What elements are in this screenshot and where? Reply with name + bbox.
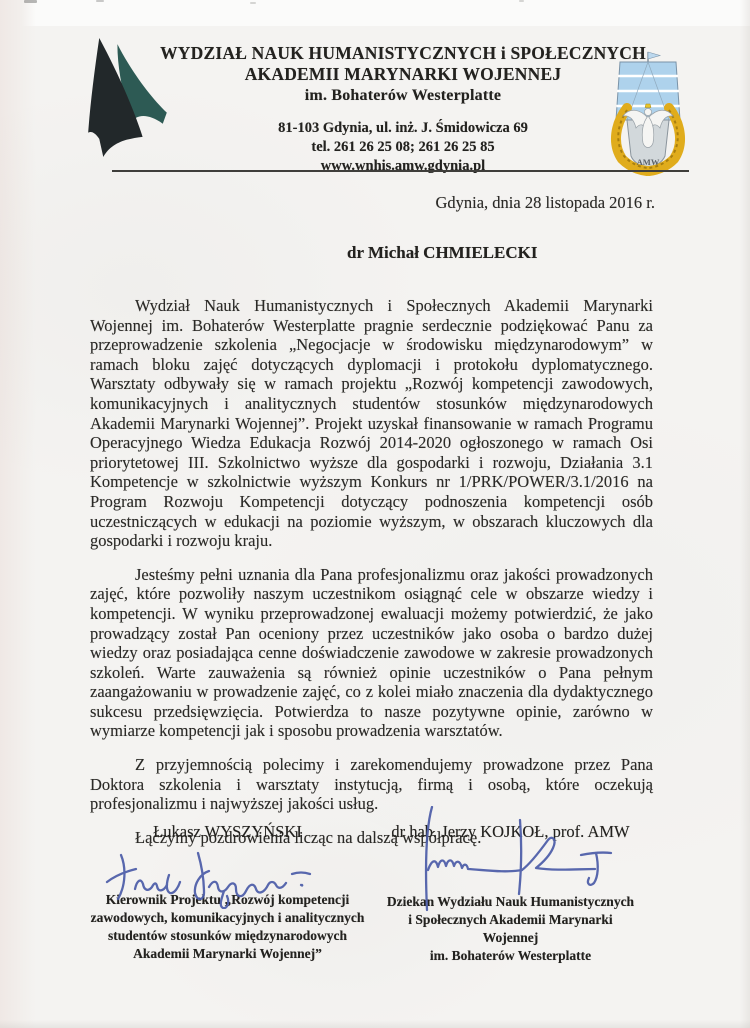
scan-speck xyxy=(519,0,524,2)
signer-title-right-line: i Społecznych Akademii Marynarki Wojenne… xyxy=(383,911,638,947)
signer-title-right-line: im. Bohaterów Westerplatte xyxy=(383,947,638,965)
signature-block-right: dr hab. Jerzy KOJKOŁ, prof. AMW Dziekan … xyxy=(383,822,638,965)
paragraph-2: Jesteśmy pełni uznania dla Pana profesjo… xyxy=(90,565,653,741)
amw-crest-icon: AMW xyxy=(607,50,689,180)
paragraph-1: Wydział Nauk Humanistycznych i Społeczny… xyxy=(90,296,653,551)
org-phone: tel. 261 26 25 08; 261 26 25 85 xyxy=(120,138,686,157)
org-address: 81-103 Gdynia, ul. inż. J. Śmidowicza 69 xyxy=(120,119,686,138)
signature-block-left: Łukasz WYSZYŃSKI Kierownik Projektu „Roz… xyxy=(80,822,375,963)
paragraph-3: Z przyjemnością polecimy i zarekomenduje… xyxy=(90,755,653,814)
org-name-line1: WYDZIAŁ NAUK HUMANISTYCZNYCH i SPOŁECZNY… xyxy=(120,43,686,64)
signer-title-left-line: studentów stosunków międzynarodowych xyxy=(80,927,375,945)
scan-left-edge xyxy=(0,0,36,1028)
recipient-name: dr Michał CHMIELECKI xyxy=(347,243,537,263)
emblem-amw-text: AMW xyxy=(637,157,660,167)
scan-speck xyxy=(96,0,104,2)
signer-title-left-line: Kierownik Projektu „Rozwój kompetencji xyxy=(80,891,375,909)
org-website: www.wnhis.amw.gdynia.pl xyxy=(120,157,686,176)
scan-speck xyxy=(250,2,256,4)
scan-top-edge xyxy=(0,0,750,26)
org-address-block: 81-103 Gdynia, ul. inż. J. Śmidowicza 69… xyxy=(120,119,686,176)
signer-title-right-line: Dziekan Wydziału Nauk Humanistycznych xyxy=(383,893,638,911)
scan-speck xyxy=(24,0,37,3)
signer-title-right: Dziekan Wydziału Nauk Humanistycznych i … xyxy=(383,893,638,965)
signer-title-left: Kierownik Projektu „Rozwój kompetencji z… xyxy=(80,891,375,963)
dateline: Gdynia, dnia 28 listopada 2016 r. xyxy=(435,193,655,213)
scan-right-edge xyxy=(740,0,750,1028)
signer-title-left-line: zawodowych, komunikacyjnych i analityczn… xyxy=(80,909,375,927)
signer-title-left-line: Akademii Marynarki Wojennej” xyxy=(80,945,375,963)
org-name-line3: im. Bohaterów Westerplatte xyxy=(120,86,686,106)
signer-name-left: Łukasz WYSZYŃSKI xyxy=(80,822,375,842)
letterhead-text-block: WYDZIAŁ NAUK HUMANISTYCZNYCH i SPOŁECZNY… xyxy=(120,43,686,176)
signer-name-right: dr hab. Jerzy KOJKOŁ, prof. AMW xyxy=(383,822,638,842)
letter-body: Wydział Nauk Humanistycznych i Społeczny… xyxy=(90,296,653,861)
org-name-line2: AKADEMII MARYNARKI WOJENNEJ xyxy=(120,64,686,85)
scan-bottom-edge xyxy=(0,1020,750,1028)
scanned-letter-page: WYDZIAŁ NAUK HUMANISTYCZNYCH i SPOŁECZNY… xyxy=(0,0,750,1028)
letterhead-divider xyxy=(112,170,689,172)
